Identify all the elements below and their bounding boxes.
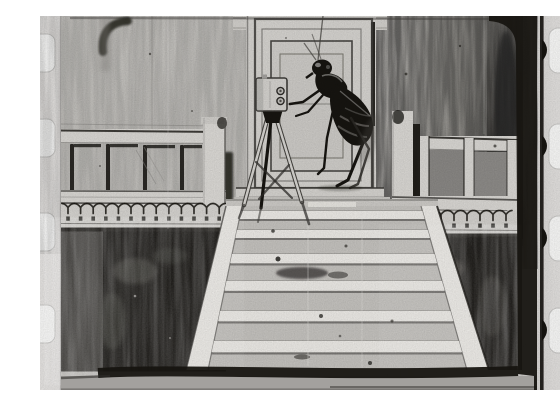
film-strip-left (40, 16, 61, 390)
film-frame-photo (40, 16, 560, 390)
sprocket-hole (40, 34, 55, 72)
sprocket-hole (40, 213, 55, 251)
sprocket-hole (40, 305, 55, 343)
sprocket-hole (549, 124, 560, 169)
frame-line-bottom (98, 371, 518, 373)
film-grain-dark-right (392, 238, 522, 370)
photo-frame (61, 16, 537, 390)
sprocket-hole (40, 119, 55, 157)
film-strip-right (537, 16, 560, 390)
sprocket-hole (549, 216, 560, 261)
film-grain-dark-left (61, 231, 227, 371)
sprocket-hole (549, 28, 560, 73)
sprocket-hole (549, 308, 560, 353)
frame-line-top (70, 18, 489, 19)
